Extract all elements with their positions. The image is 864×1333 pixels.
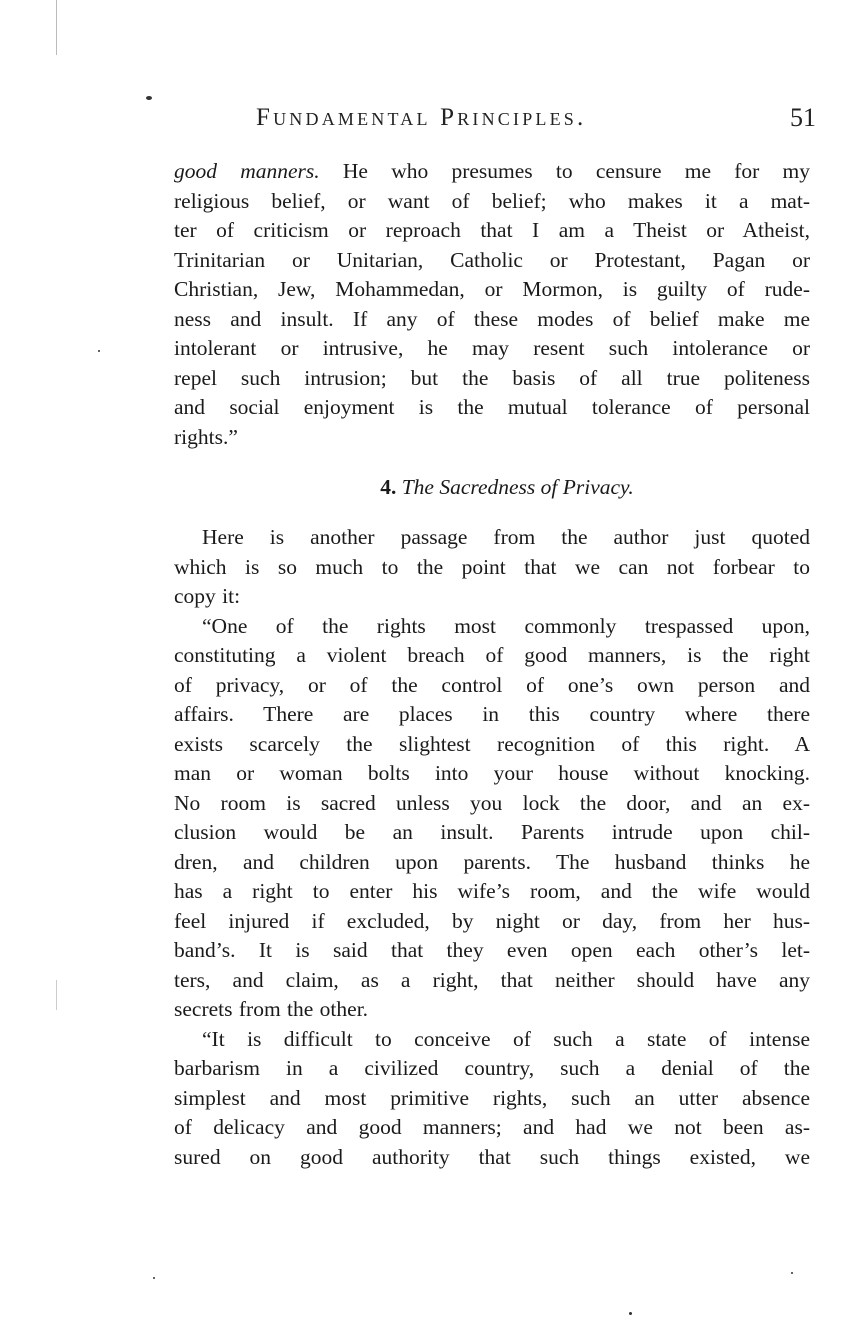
text-line: feel injured if excluded, by night or da… [174,907,810,937]
scanned-book-page: Fundamental Principles. 51 good manners.… [0,0,864,1333]
scan-speck [56,980,57,1010]
section-title: The Sacredness of Privacy. [402,475,634,499]
section-number: 4. [380,475,396,499]
section-heading: 4. The Sacredness of Privacy. [174,473,810,502]
text-line: No room is sacred unless you lock the do… [174,789,810,819]
scan-speck [791,1272,793,1274]
scan-speck [146,96,152,100]
scan-speck [98,350,100,352]
paragraph-continued-quote: good manners. He who presumes to censure… [174,157,810,452]
body-text: good manners. He who presumes to censure… [174,157,810,1172]
text-line: rights.” [174,423,810,453]
text-line: exists scarcely the slightest recognitio… [174,730,810,760]
text-line: barbarism in a civilized country, such a… [174,1054,810,1084]
text-line: Trinitarian or Unitarian, Catholic or Pr… [174,246,810,276]
text-line: repel such intrusion; but the basis of a… [174,364,810,394]
text-line: man or woman bolts into your house witho… [174,759,810,789]
text-line: dren, and children upon parents. The hus… [174,848,810,878]
text-line: Here is another passage from the author … [174,523,810,553]
text-line: of delicacy and good manners; and had we… [174,1113,810,1143]
text-line: constituting a violent breach of good ma… [174,641,810,671]
text-line: good manners. He who presumes to censure… [174,157,810,187]
text-line: ter of criticism or reproach that I am a… [174,216,810,246]
text-line: clusion would be an insult. Parents intr… [174,818,810,848]
text-line: has a right to enter his wife’s room, an… [174,877,810,907]
running-head: Fundamental Principles. 51 [256,104,816,136]
text-line: which is so much to the point that we ca… [174,553,810,583]
text-line: religious belief, or want of belief; who… [174,187,810,217]
text-line: “One of the rights most commonly trespas… [174,612,810,642]
text-line: simplest and most primitive rights, such… [174,1084,810,1114]
text-line: of privacy, or of the control of one’s o… [174,671,810,701]
text-line: “It is difficult to conceive of such a s… [174,1025,810,1055]
text-line: intolerant or intrusive, he may resent s… [174,334,810,364]
paragraph-intro: Here is another passage from the author … [174,523,810,612]
scan-speck [629,1312,632,1315]
text-line: sured on good authority that such things… [174,1143,810,1173]
text-line: affairs. There are places in this countr… [174,700,810,730]
text-line: Christian, Jew, Mohammedan, or Mormon, i… [174,275,810,305]
paragraph-quote-privacy: “One of the rights most commonly trespas… [174,612,810,1025]
text-line: ters, and claim, as a right, that neithe… [174,966,810,996]
scan-speck [153,1277,155,1279]
text-line: ness and insult. If any of these modes o… [174,305,810,335]
text-line: secrets from the other. [174,995,810,1025]
paragraph-quote-barbarism: “It is difficult to conceive of such a s… [174,1025,810,1173]
scan-edge-mark [56,0,57,55]
text-line: band’s. It is said that they even open e… [174,936,810,966]
running-head-title: Fundamental Principles. [256,104,586,132]
italic-lead: good manners. [174,159,320,183]
text-line: and social enjoyment is the mutual toler… [174,393,810,423]
page-number: 51 [790,103,816,133]
text-line: copy it: [174,582,810,612]
